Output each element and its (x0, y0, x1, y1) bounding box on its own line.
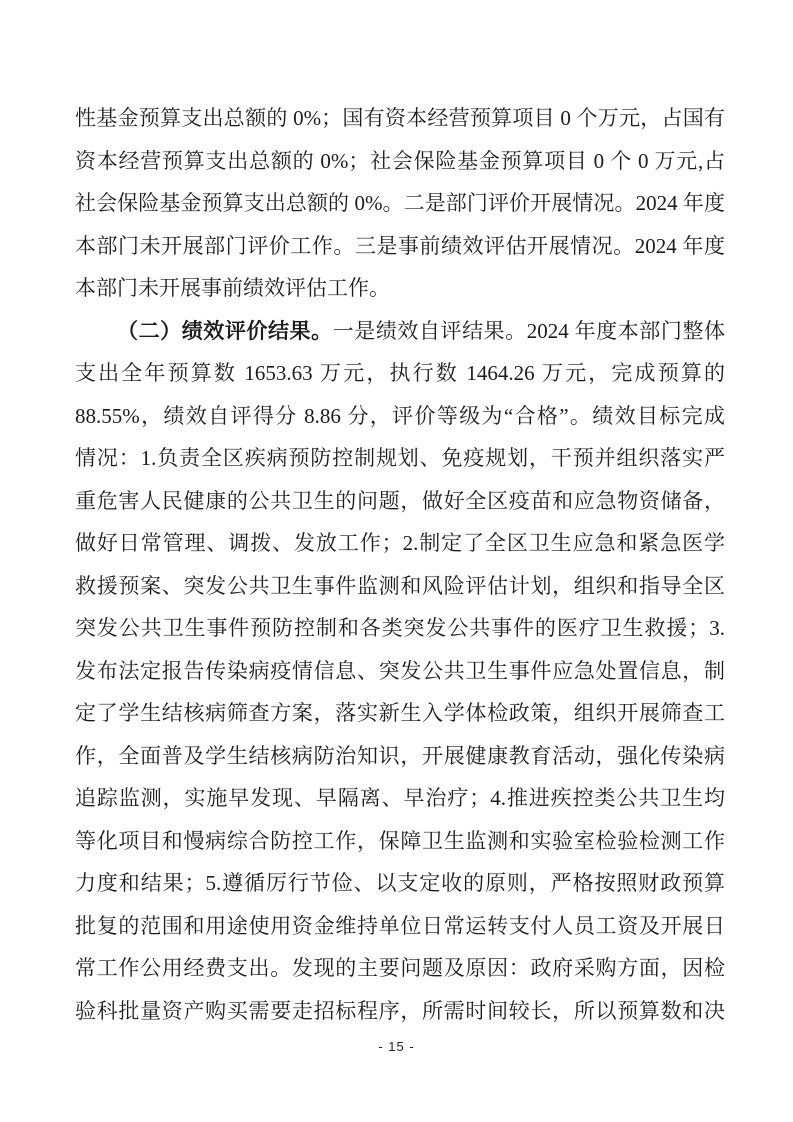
para-performance-evaluation-results: （二）绩效评价结果。一是绩效自评结果。2024 年度本部门整体支出全年预算数 1… (75, 310, 725, 1033)
text-line: 性基金预算支出总额的 0%；国有资本经营预算项目 0 个万元，占国有 (75, 97, 725, 140)
text-segment: 本部门未开展事前绩效评估工作。 (75, 276, 390, 300)
para-budget-evaluation-status: 性基金预算支出总额的 0%；国有资本经营预算项目 0 个万元，占国有资本经营预算… (75, 97, 725, 310)
text-line: 发布法定报告传染病疫情信息、突发公共卫生事件应急处置信息，制 (75, 650, 725, 693)
text-line: 做好日常管理、调拨、发放工作；2.制定了全区卫生应急和紧急医学 (75, 522, 725, 565)
text-line: 资本经营预算支出总额的 0%；社会保险基金预算项目 0 个 0 万元,占 (75, 140, 725, 183)
text-line: 支出全年预算数 1653.63 万元，执行数 1464.26 万元，完成预算的 (75, 352, 725, 395)
text-segment: 社会保险基金预算支出总额的 0%。二是部门评价开展情况。2024 年度 (75, 191, 725, 215)
text-segment: 支出全年预算数 1653.63 万元，执行数 1464.26 万元，完成预算的 (75, 361, 725, 385)
text-line: 常工作公用经费支出。发现的主要问题及原因：政府采购方面，因检 (75, 947, 725, 990)
text-segment: 突发公共卫生事件预防控制和各类突发公共事件的医疗卫生救援；3. (75, 616, 725, 640)
text-line: 社会保险基金预算支出总额的 0%。二是部门评价开展情况。2024 年度 (75, 182, 725, 225)
text-segment: 救援预案、突发公共卫生事件监测和风险评估计划，组织和指导全区 (75, 574, 725, 598)
document-body: 性基金预算支出总额的 0%；国有资本经营预算项目 0 个万元，占国有资本经营预算… (75, 97, 725, 1032)
text-line: 本部门未开展部门评价工作。三是事前绩效评估开展情况。2024 年度 (75, 225, 725, 268)
text-line: 情况：1.负责全区疾病预防控制规划、免疫规划，干预并组织落实严 (75, 437, 725, 480)
text-line: 重危害人民健康的公共卫生的问题，做好全区疫苗和应急物资储备， (75, 480, 725, 523)
text-segment: 验科批量资产购买需要走招标程序，所需时间较长，所以预算数和决 (75, 999, 725, 1023)
document-page: 性基金预算支出总额的 0%；国有资本经营预算项目 0 个万元，占国有资本经营预算… (0, 0, 793, 1122)
text-line: 定了学生结核病筛查方案，落实新生入学体检政策，组织开展筛查工 (75, 692, 725, 735)
text-line: 力度和结果；5.遵循厉行节俭、以支定收的原则，严格按照财政预算 (75, 862, 725, 905)
text-segment: 一是绩效自评结果。2024 年度本部门整体 (333, 319, 725, 343)
text-line: （二）绩效评价结果。一是绩效自评结果。2024 年度本部门整体 (75, 310, 725, 353)
text-line: 本部门未开展事前绩效评估工作。 (75, 267, 725, 310)
text-segment: 追踪监测，实施早发现、早隔离、早治疗；4.推进疾控类公共卫生均 (75, 786, 725, 810)
text-line: 验科批量资产购买需要走招标程序，所需时间较长，所以预算数和决 (75, 990, 725, 1033)
text-segment: 常工作公用经费支出。发现的主要问题及原因：政府采购方面，因检 (75, 956, 725, 980)
text-segment: 批复的范围和用途使用资金维持单位日常运转支付人员工资及开展日 (75, 914, 725, 938)
text-segment: 做好日常管理、调拨、发放工作；2.制定了全区卫生应急和紧急医学 (75, 531, 725, 555)
text-segment: 本部门未开展部门评价工作。三是事前绩效评估开展情况。2024 年度 (75, 234, 725, 258)
text-segment: 等化项目和慢病综合防控工作，保障卫生监测和实验室检验检测工作 (75, 829, 725, 853)
section-heading: （二）绩效评价结果。 (117, 319, 333, 343)
text-segment: 力度和结果；5.遵循厉行节俭、以支定收的原则，严格按照财政预算 (75, 871, 725, 895)
text-segment: 情况：1.负责全区疾病预防控制规划、免疫规划，干预并组织落实严 (75, 446, 725, 470)
text-line: 88.55%，绩效自评得分 8.86 分，评价等级为“合格”。绩效目标完成 (75, 395, 725, 438)
text-line: 批复的范围和用途使用资金维持单位日常运转支付人员工资及开展日 (75, 905, 725, 948)
text-segment: 88.55%，绩效自评得分 8.86 分，评价等级为“合格”。绩效目标完成 (75, 404, 725, 428)
text-segment: 重危害人民健康的公共卫生的问题，做好全区疫苗和应急物资储备， (75, 489, 725, 513)
text-line: 救援预案、突发公共卫生事件监测和风险评估计划，组织和指导全区 (75, 565, 725, 608)
text-segment: 作，全面普及学生结核病防治知识，开展健康教育活动，强化传染病 (75, 744, 725, 768)
page-number: - 15 - (0, 1036, 793, 1058)
text-segment: 性基金预算支出总额的 0%；国有资本经营预算项目 0 个万元，占国有 (75, 106, 725, 130)
text-segment: 发布法定报告传染病疫情信息、突发公共卫生事件应急处置信息，制 (75, 659, 725, 683)
text-segment: 定了学生结核病筛查方案，落实新生入学体检政策，组织开展筛查工 (75, 701, 725, 725)
text-segment: 资本经营预算支出总额的 0%；社会保险基金预算项目 0 个 0 万元,占 (75, 149, 725, 173)
text-line: 突发公共卫生事件预防控制和各类突发公共事件的医疗卫生救援；3. (75, 607, 725, 650)
text-line: 作，全面普及学生结核病防治知识，开展健康教育活动，强化传染病 (75, 735, 725, 778)
text-line: 追踪监测，实施早发现、早隔离、早治疗；4.推进疾控类公共卫生均 (75, 777, 725, 820)
text-line: 等化项目和慢病综合防控工作，保障卫生监测和实验室检验检测工作 (75, 820, 725, 863)
